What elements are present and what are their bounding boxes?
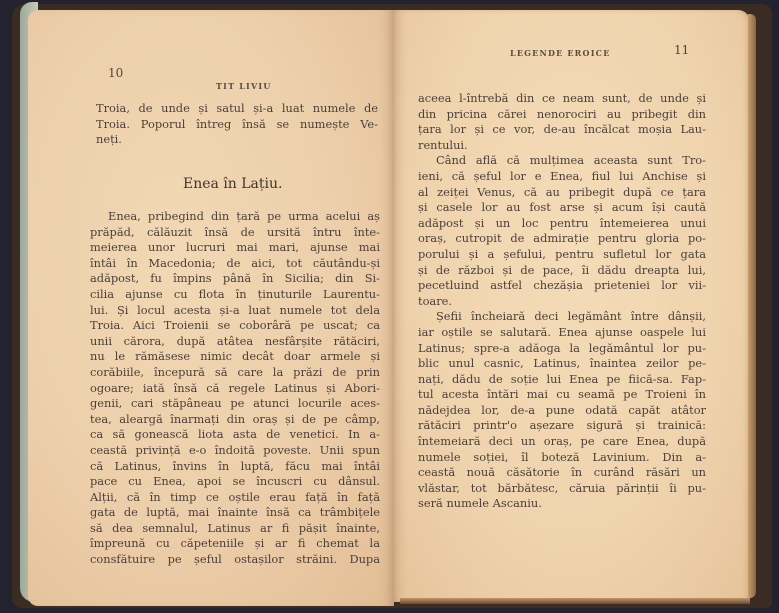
text-line: și casele lor au fost arse și acum își c… xyxy=(418,200,706,216)
text-line: să dea semnalul, Latinus ar fi pășit îna… xyxy=(90,521,380,537)
text-line: întâi în Macedonia; de aici, tot căutând… xyxy=(90,256,380,272)
text-line: unii cărora, după atâtea nesfârșite rătă… xyxy=(90,334,380,350)
text-line: seră numele Ascaniu. xyxy=(418,496,706,512)
text-line: întemeiară deci un oraș, pe care Enea, d… xyxy=(418,434,706,450)
text-line: genii, cari stăpâneau pe atunci locurile… xyxy=(90,396,380,412)
text-line: lui. Și locul acesta și-a luat numele to… xyxy=(90,303,380,319)
text-line: Troia, de unde și satul și-a luat numele… xyxy=(96,101,378,117)
text-line: blic unul casnic, Latinus, înaintea zeil… xyxy=(418,356,706,372)
text-line: și de război și de pace, îi dădu dreapta… xyxy=(418,263,706,279)
text-line: împreună cu căpeteniile și ar fi chemat … xyxy=(90,536,380,552)
text-line: tul acesta întări mai cu seamă pe Troien… xyxy=(418,387,706,403)
text-line: rătăciri printr'o așezare sigură și trai… xyxy=(418,418,706,434)
text-line: Enea, pribegind din țară pe urma acelui … xyxy=(90,209,380,225)
text-line: porului și a șefului, pentru sufletul lo… xyxy=(418,247,706,263)
text-line: vlăstar, tot bărbătesc, căruia părinții … xyxy=(418,481,706,497)
text-line: nu le rămăsese nimic decât doar armele ș… xyxy=(90,349,380,365)
text-line: Latinus; spre-a adăoga la legământul lor… xyxy=(418,341,706,357)
text-line: pace cu Enea, apoi se încuscri cu dânsul… xyxy=(90,474,380,490)
text-line: Șefii încheiară deci legământ între dânș… xyxy=(418,309,706,325)
text-line: prăpăd, călăuzit însă de ursită întru în… xyxy=(90,225,380,241)
continuation-paragraph: aceea l-întrebă din ce neam sunt, de und… xyxy=(418,91,706,512)
page-number: 10 xyxy=(108,66,123,80)
text-line: aceea l-întrebă din ce neam sunt, de und… xyxy=(418,91,706,107)
chapter-title: Enea în Lațiu. xyxy=(183,176,282,192)
text-line: nați, dădu de soție lui Enea pe fiică-sa… xyxy=(418,372,706,388)
text-line: corăbiile, începură să care la prăzi de … xyxy=(90,365,380,381)
text-line: ieni, că șeful lor e Enea, fiul lui Anch… xyxy=(418,169,706,185)
text-line: iar oștile se salutară. Enea ajunse oasp… xyxy=(418,325,706,341)
text-line: numele soției, îl boteză Lavinium. Din a… xyxy=(418,450,706,466)
text-line: al zeiței Venus, că au pribegit după ce … xyxy=(418,185,706,201)
text-line: adăpost și un loc pentru întemeierea unu… xyxy=(418,216,706,232)
text-line: gata de luptă, mai înainte însă ca trâmb… xyxy=(90,505,380,521)
text-line: Troia. Aici Troienii se coborâră pe usca… xyxy=(90,318,380,334)
text-line: din pricina cărei nenorociri au pribegit… xyxy=(418,107,706,123)
text-line: ogoare; iată însă că regele Latinus și A… xyxy=(90,381,380,397)
text-line: rentului. xyxy=(418,138,706,154)
text-line: Troia. Poporul întreg însă se numește Ve… xyxy=(96,117,378,133)
text-line: Alții, că în timp ce oștile erau față în… xyxy=(90,490,380,506)
text-line: pecetluind astfel chezășia prieteniei lo… xyxy=(418,278,706,294)
text-line: toare. xyxy=(418,294,706,310)
chapter-paragraph: Enea, pribegind din țară pe urma acelui … xyxy=(90,209,380,568)
right-page: LEGENDE EROICE 11 aceea l-întrebă din ce… xyxy=(394,10,750,602)
running-head: LEGENDE EROICE xyxy=(510,48,611,58)
text-line: cilia ajunse cu flota în ținuturile Laur… xyxy=(90,287,380,303)
left-page: 10 TIT LIVIU Troia, de unde și satul și-… xyxy=(28,10,394,606)
text-line: ca să gonească liota asta de venetici. I… xyxy=(90,427,380,443)
text-line: nădejdea lor, de-a pune odată capăt atât… xyxy=(418,403,706,419)
text-line: neți. xyxy=(96,132,378,148)
text-line: consfătuire pe șeful ostașilor străini. … xyxy=(90,552,380,568)
page-edges-right xyxy=(748,14,756,598)
text-line: că Latinus, învins în luptă, făcu mai în… xyxy=(90,459,380,475)
text-line: oraș, cutropit de admirație pentru glori… xyxy=(418,231,706,247)
page-edges-bottom xyxy=(400,598,750,604)
page-number: 11 xyxy=(674,43,689,57)
text-line: ceastă privință e-o îndoită poveste. Uni… xyxy=(90,443,380,459)
text-line: Când află că mulțimea aceasta sunt Tro- xyxy=(418,153,706,169)
text-line: ceastă nouă căsătorie în curând răsări u… xyxy=(418,465,706,481)
text-line: tea, aleargă înarmați din oraș și de pe … xyxy=(90,412,380,428)
text-line: adăpost, fu împins până în Sicilia; din … xyxy=(90,271,380,287)
running-head: TIT LIVIU xyxy=(216,81,272,91)
text-line: meierea unor lucruri mai mari, ajunse ma… xyxy=(90,240,380,256)
text-line: țara lor și ce vor, de-au încălcat moșia… xyxy=(418,122,706,138)
continuation-text: Troia, de unde și satul și-a luat numele… xyxy=(96,101,378,148)
